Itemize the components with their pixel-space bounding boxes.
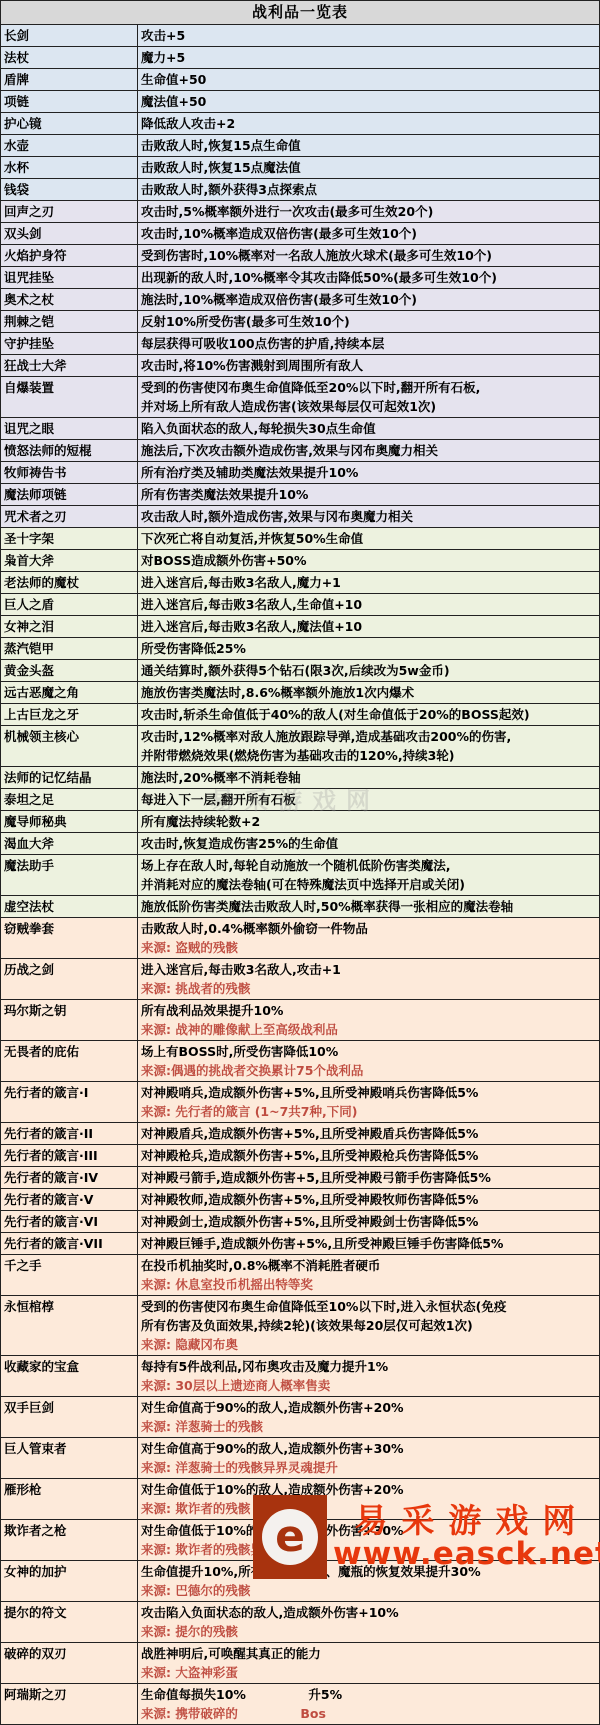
item-effect-line: 进入迷宫后,每击败3名敌人,魔法值+10 [141, 617, 596, 636]
item-source-line: 来源: 先行者的箴言 (1~7共7种,下同) [141, 1102, 596, 1121]
item-effect-cell: 击败敌人时,额外获得3点探索点 [138, 179, 599, 200]
table-row: 泰坦之足每进入下一层,翻开所有石板 [1, 789, 599, 811]
item-name: 渴血大斧 [1, 833, 138, 854]
item-effect-line: 进入迷宫后,每击败3名敌人,攻击+1 [141, 960, 596, 979]
item-effect-line: 击败敌人时,0.4%概率额外偷窃一件物品 [141, 919, 596, 938]
item-name: 先行者的箴言·IV [1, 1167, 138, 1188]
table-row: 咒术者之刃攻击敌人时,额外造成伤害,效果与冈布奥魔力相关 [1, 506, 599, 528]
item-effect-cell: 所有战利品效果提升10%来源: 战神的雕像献上至高级战利品 [138, 1000, 599, 1040]
item-effect-line: 对神殿巨锤手,造成额外伤害+5%,且所受神殿巨锤手伤害降低5% [141, 1234, 596, 1253]
item-source-line: 来源: 休息室投币机摇出特等奖 [141, 1275, 596, 1294]
item-effect-line: 生命值每损失10% 升5% [141, 1685, 596, 1704]
loot-table: 战利品一览表 长剑攻击+5法杖魔力+5盾牌生命值+50项链魔法值+50护心镜降低… [0, 0, 600, 1725]
table-row: 双头剑攻击时,10%概率造成双倍伤害(最多可生效10个) [1, 223, 599, 245]
item-effect-cell: 攻击时,恢复造成伤害25%的生命值 [138, 833, 599, 854]
item-name: 破碎的双刃 [1, 1643, 138, 1683]
table-row: 先行者的箴言·IV对神殿弓箭手,造成额外伤害+5,且所受神殿弓箭手伤害降低5% [1, 1167, 599, 1189]
item-effect-line: 所受伤害降低25% [141, 639, 596, 658]
table-row: 机械领主核心攻击时,12%概率对敌人施放跟踪导弹,造成基础攻击200%的伤害,并… [1, 726, 599, 767]
table-row: 雁形枪对生命值低于10%的敌人,造成额外伤害+20%来源: 欺诈者的残骸 [1, 1479, 599, 1520]
item-effect-line: 通关结算时,额外获得5个钻石(限3次,后续改为5w金币) [141, 661, 596, 680]
table-row: 愤怒法师的短棍施法后,下次攻击额外造成伤害,效果与冈布奥魔力相关 [1, 440, 599, 462]
item-name: 守护挂坠 [1, 333, 138, 354]
table-row: 双手巨剑对生命值高于90%的敌人,造成额外伤害+20%来源: 洋葱骑士的残骸 [1, 1397, 599, 1438]
item-name: 泰坦之足 [1, 789, 138, 810]
item-effect-cell: 进入迷宫后,每击败3名敌人,魔力+1 [138, 572, 599, 593]
item-effect-cell: 进入迷宫后,每击败3名敌人,魔法值+10 [138, 616, 599, 637]
table-row: 巨人管束者对生命值高于90%的敌人,造成额外伤害+30%来源: 洋葱骑士的残骸异… [1, 1438, 599, 1479]
item-source-line: 来源: 盗贼的残骸 [141, 938, 596, 957]
item-name: 魔法助手 [1, 855, 138, 895]
table-row: 先行者的箴言·I对神殿哨兵,造成额外伤害+5%,且所受神殿哨兵伤害降低5%来源:… [1, 1082, 599, 1123]
table-row: 千之手在投币机抽奖时,0.8%概率不消耗胜者硬币来源: 休息室投币机摇出特等奖 [1, 1255, 599, 1296]
table-row: 虚空法杖施放低阶伤害类魔法击败敌人时,50%概率获得一张相应的魔法卷轴 [1, 896, 599, 918]
table-row: 玛尔斯之钥所有战利品效果提升10%来源: 战神的雕像献上至高级战利品 [1, 1000, 599, 1041]
table-row: 永恒棺椁受到的伤害使冈布奥生命值降低至10%以下时,进入永恒状态(免疫所有伤害及… [1, 1296, 599, 1356]
item-name: 老法师的魔杖 [1, 572, 138, 593]
item-effect-line: 每层获得可吸收100点伤害的护盾,持续本层 [141, 334, 596, 353]
table-row: 先行者的箴言·V对神殿牧师,造成额外伤害+5%,且所受神殿牧师伤害降低5% [1, 1189, 599, 1211]
item-effect-cell: 攻击陷入负面状态的敌人,造成额外伤害+10%来源: 提尔的残骸 [138, 1602, 599, 1642]
item-effect-cell: 攻击时,5%概率额外进行一次攻击(最多可生效20个) [138, 201, 599, 222]
item-effect-cell: 生命值提升10%,所有道具、血瓶、魔瓶的恢复效果提升30%来源: 巴德尔的残骸 [138, 1561, 599, 1601]
table-row: 收藏家的宝盒每持有5件战利品,冈布奥攻击及魔力提升1%来源: 30层以上遗迹商人… [1, 1356, 599, 1397]
item-effect-cell: 对生命值低于10%的敌人,造成额外伤害+30%来源: 欺诈者的残骸异界灵魂提升 [138, 1520, 599, 1560]
item-name: 双头剑 [1, 223, 138, 244]
item-effect-cell: 每层获得可吸收100点伤害的护盾,持续本层 [138, 333, 599, 354]
table-row: 狂战士大斧攻击时,将10%伤害溅射到周围所有敌人 [1, 355, 599, 377]
item-effect-cell: 所有魔法持续轮数+2 [138, 811, 599, 832]
table-row: 破碎的双刃战胜神明后,可唤醒其真正的能力来源: 大盗神彩蛋 [1, 1643, 599, 1684]
item-effect-cell: 降低敌人攻击+2 [138, 113, 599, 134]
item-name: 荆棘之铠 [1, 311, 138, 332]
item-source-line: 来源: 30层以上遗迹商人概率售卖 [141, 1376, 596, 1395]
table-row: 女神之泪进入迷宫后,每击败3名敌人,魔法值+10 [1, 616, 599, 638]
table-row: 奥术之杖施法时,10%概率造成双倍伤害(最多可生效10个) [1, 289, 599, 311]
table-row: 欺诈者之枪对生命值低于10%的敌人,造成额外伤害+30%来源: 欺诈者的残骸异界… [1, 1520, 599, 1561]
item-effect-line: 生命值提升10%,所有道具、血瓶、魔瓶的恢复效果提升30% [141, 1562, 596, 1581]
item-name: 女神的加护 [1, 1561, 138, 1601]
item-effect-cell: 攻击时,10%概率造成双倍伤害(最多可生效10个) [138, 223, 599, 244]
item-effect-cell: 击败敌人时,恢复15点魔法值 [138, 157, 599, 178]
table-row: 钱袋击败敌人时,额外获得3点探索点 [1, 179, 599, 201]
item-effect-line: 生命值+50 [141, 70, 596, 89]
item-source-line: 来源: 欺诈者的残骸异界灵魂提升 [141, 1540, 596, 1559]
table-row: 火焰护身符受到伤害时,10%概率对一名敌人施放火球术(最多可生效10个) [1, 245, 599, 267]
item-effect-cell: 魔法值+50 [138, 91, 599, 112]
item-effect-cell: 对神殿弓箭手,造成额外伤害+5,且所受神殿弓箭手伤害降低5% [138, 1167, 599, 1188]
table-row: 牧师祷告书所有治疗类及辅助类魔法效果提升10% [1, 462, 599, 484]
item-effect-line: 对神殿哨兵,造成额外伤害+5%,且所受神殿哨兵伤害降低5% [141, 1083, 596, 1102]
item-effect-line: 击败敌人时,额外获得3点探索点 [141, 180, 596, 199]
table-row: 诅咒之眼陷入负面状态的敌人,每轮损失30点生命值 [1, 418, 599, 440]
item-name: 先行者的箴言·V [1, 1189, 138, 1210]
item-effect-cell: 施法后,下次攻击额外造成伤害,效果与冈布奥魔力相关 [138, 440, 599, 461]
table-row: 荆棘之铠反射10%所受伤害(最多可生效10个) [1, 311, 599, 333]
item-effect-line: 击败敌人时,恢复15点生命值 [141, 136, 596, 155]
table-row: 法杖魔力+5 [1, 47, 599, 69]
item-effect-line: 攻击时,恢复造成伤害25%的生命值 [141, 834, 596, 853]
table-row: 长剑攻击+5 [1, 25, 599, 47]
item-effect-cell: 反射10%所受伤害(最多可生效10个) [138, 311, 599, 332]
item-name: 咒术者之刃 [1, 506, 138, 527]
item-effect-cell: 生命值每损失10% 升5%来源: 携带破碎的 Bos [138, 1684, 599, 1724]
item-effect-line: 击败敌人时,恢复15点魔法值 [141, 158, 596, 177]
item-effect-line: 每持有5件战利品,冈布奥攻击及魔力提升1% [141, 1357, 596, 1376]
item-effect-cell: 攻击时,将10%伤害溅射到周围所有敌人 [138, 355, 599, 376]
item-effect-line: 陷入负面状态的敌人,每轮损失30点生命值 [141, 419, 596, 438]
item-effect-line: 攻击时,10%概率造成双倍伤害(最多可生效10个) [141, 224, 596, 243]
item-effect-line: 进入迷宫后,每击败3名敌人,魔力+1 [141, 573, 596, 592]
item-name: 先行者的箴言·VI [1, 1211, 138, 1232]
item-source-line: 来源: 洋葱骑士的残骸异界灵魂提升 [141, 1458, 596, 1477]
item-effect-cell: 对生命值高于90%的敌人,造成额外伤害+20%来源: 洋葱骑士的残骸 [138, 1397, 599, 1437]
item-effect-line: 战胜神明后,可唤醒其真正的能力 [141, 1644, 596, 1663]
item-source-line: 来源: 战神的雕像献上至高级战利品 [141, 1020, 596, 1039]
item-effect-line: 受到伤害时,10%概率对一名敌人施放火球术(最多可生效10个) [141, 246, 596, 265]
table-row: 先行者的箴言·VI对神殿剑士,造成额外伤害+5%,且所受神殿剑士伤害降低5% [1, 1211, 599, 1233]
item-name: 圣十字架 [1, 528, 138, 549]
item-name: 先行者的箴言·I [1, 1082, 138, 1122]
item-effect-cell: 对神殿哨兵,造成额外伤害+5%,且所受神殿哨兵伤害降低5%来源: 先行者的箴言 … [138, 1082, 599, 1122]
item-effect-cell: 施放低阶伤害类魔法击败敌人时,50%概率获得一张相应的魔法卷轴 [138, 896, 599, 917]
item-effect-cell: 攻击时,12%概率对敌人施放跟踪导弹,造成基础攻击200%的伤害,并附带燃烧效果… [138, 726, 599, 766]
table-row: 先行者的箴言·VII对神殿巨锤手,造成额外伤害+5%,且所受神殿巨锤手伤害降低5… [1, 1233, 599, 1255]
item-effect-line: 对神殿枪兵,造成额外伤害+5%,且所受神殿枪兵伤害降低5% [141, 1146, 596, 1165]
item-effect-cell: 攻击+5 [138, 25, 599, 46]
item-name: 黄金头盔 [1, 660, 138, 681]
item-effect-line: 场上存在敌人时,每轮自动施放一个随机低阶伤害类魔法, [141, 856, 596, 875]
item-effect-cell: 战胜神明后,可唤醒其真正的能力来源: 大盗神彩蛋 [138, 1643, 599, 1683]
item-name: 枭首大斧 [1, 550, 138, 571]
item-effect-cell: 每进入下一层,翻开所有石板 [138, 789, 599, 810]
item-effect-line: 所有伤害及负面效果,持续2轮)(该效果每20层仅可起效1次) [141, 1316, 596, 1335]
table-row: 诅咒挂坠出现新的敌人时,10%概率令其攻击降低50%(最多可生效10个) [1, 267, 599, 289]
table-row: 魔法师项链所有伤害类魔法效果提升10% [1, 484, 599, 506]
table-row: 盾牌生命值+50 [1, 69, 599, 91]
item-source-line: 来源:偶遇的挑战者交换累计75个战利品 [141, 1061, 596, 1080]
item-effect-cell: 所有治疗类及辅助类魔法效果提升10% [138, 462, 599, 483]
item-name: 法师的记忆结晶 [1, 767, 138, 788]
item-name: 回声之刃 [1, 201, 138, 222]
table-row: 蒸汽铠甲所受伤害降低25% [1, 638, 599, 660]
item-name: 雁形枪 [1, 1479, 138, 1519]
item-effect-cell: 击败敌人时,0.4%概率额外偷窃一件物品来源: 盗贼的残骸 [138, 918, 599, 958]
item-effect-line: 并对场上所有敌人造成伤害(该效果每层仅可起效1次) [141, 397, 596, 416]
item-source-line: 来源: 大盗神彩蛋 [141, 1663, 596, 1682]
item-effect-cell: 击败敌人时,恢复15点生命值 [138, 135, 599, 156]
item-source-line: 来源: 挑战者的残骸 [141, 979, 596, 998]
table-row: 项链魔法值+50 [1, 91, 599, 113]
item-effect-cell: 场上存在敌人时,每轮自动施放一个随机低阶伤害类魔法,并消耗对应的魔法卷轴(可在特… [138, 855, 599, 895]
item-effect-line: 对生命值低于10%的敌人,造成额外伤害+20% [141, 1480, 596, 1499]
item-name: 钱袋 [1, 179, 138, 200]
item-effect-line: 施放低阶伤害类魔法击败敌人时,50%概率获得一张相应的魔法卷轴 [141, 897, 596, 916]
table-row: 阿瑞斯之刃生命值每损失10% 升5%来源: 携带破碎的 Bos [1, 1684, 599, 1725]
item-effect-cell: 进入迷宫后,每击败3名敌人,攻击+1来源: 挑战者的残骸 [138, 959, 599, 999]
item-effect-line: 对神殿盾兵,造成额外伤害+5%,且所受神殿盾兵伤害降低5% [141, 1124, 596, 1143]
item-name: 女神之泪 [1, 616, 138, 637]
item-name: 提尔的符文 [1, 1602, 138, 1642]
item-effect-cell: 对神殿牧师,造成额外伤害+5%,且所受神殿牧师伤害降低5% [138, 1189, 599, 1210]
item-effect-line: 对BOSS造成额外伤害+50% [141, 551, 596, 570]
item-effect-line: 攻击+5 [141, 26, 596, 45]
item-name: 无畏者的庇佑 [1, 1041, 138, 1081]
item-effect-line: 魔力+5 [141, 48, 596, 67]
item-name: 机械领主核心 [1, 726, 138, 766]
item-source-line: 来源: 欺诈者的残骸 [141, 1499, 596, 1518]
table-row: 黄金头盔通关结算时,额外获得5个钻石(限3次,后续改为5w金币) [1, 660, 599, 682]
item-effect-line: 对生命值低于10%的敌人,造成额外伤害+30% [141, 1521, 596, 1540]
item-effect-line: 场上有BOSS时,所受伤害降低10% [141, 1042, 596, 1061]
item-name: 远古恶魔之角 [1, 682, 138, 703]
item-effect-line: 每进入下一层,翻开所有石板 [141, 790, 596, 809]
item-name: 先行者的箴言·II [1, 1123, 138, 1144]
item-effect-line: 反射10%所受伤害(最多可生效10个) [141, 312, 596, 331]
item-name: 火焰护身符 [1, 245, 138, 266]
item-effect-cell: 在投币机抽奖时,0.8%概率不消耗胜者硬币来源: 休息室投币机摇出特等奖 [138, 1255, 599, 1295]
item-effect-cell: 对神殿枪兵,造成额外伤害+5%,且所受神殿枪兵伤害降低5% [138, 1145, 599, 1166]
item-effect-cell: 每持有5件战利品,冈布奥攻击及魔力提升1%来源: 30层以上遗迹商人概率售卖 [138, 1356, 599, 1396]
item-name: 收藏家的宝盒 [1, 1356, 138, 1396]
item-effect-cell: 进入迷宫后,每击败3名敌人,生命值+10 [138, 594, 599, 615]
table-title: 战利品一览表 [1, 1, 599, 25]
item-source-line: 来源: 巴德尔的残骸 [141, 1581, 596, 1600]
item-name: 窃贼拳套 [1, 918, 138, 958]
item-name: 长剑 [1, 25, 138, 46]
item-name: 先行者的箴言·VII [1, 1233, 138, 1254]
item-effect-cell: 攻击时,斩杀生命值低于40%的敌人(对生命值低于20%的BOSS起效) [138, 704, 599, 725]
item-effect-line: 施法后,下次攻击额外造成伤害,效果与冈布奥魔力相关 [141, 441, 596, 460]
item-effect-cell: 对神殿盾兵,造成额外伤害+5%,且所受神殿盾兵伤害降低5% [138, 1123, 599, 1144]
item-name: 双手巨剑 [1, 1397, 138, 1437]
item-effect-line: 下次死亡将自动复活,并恢复50%生命值 [141, 529, 596, 548]
item-effect-line: 并附带燃烧效果(燃烧伤害为基础攻击的120%,持续3轮) [141, 746, 596, 765]
item-name: 欺诈者之枪 [1, 1520, 138, 1560]
table-row: 女神的加护生命值提升10%,所有道具、血瓶、魔瓶的恢复效果提升30%来源: 巴德… [1, 1561, 599, 1602]
item-name: 自爆装置 [1, 377, 138, 417]
table-row: 上古巨龙之牙攻击时,斩杀生命值低于40%的敌人(对生命值低于20%的BOSS起效… [1, 704, 599, 726]
item-name: 水杯 [1, 157, 138, 178]
item-effect-cell: 场上有BOSS时,所受伤害降低10%来源:偶遇的挑战者交换累计75个战利品 [138, 1041, 599, 1081]
item-effect-line: 所有魔法持续轮数+2 [141, 812, 596, 831]
item-name: 奥术之杖 [1, 289, 138, 310]
table-row: 护心镜降低敌人攻击+2 [1, 113, 599, 135]
item-name: 诅咒之眼 [1, 418, 138, 439]
table-row: 法师的记忆结晶施法时,20%概率不消耗卷轴 [1, 767, 599, 789]
item-name: 牧师祷告书 [1, 462, 138, 483]
item-name: 魔导师秘典 [1, 811, 138, 832]
item-effect-line: 所有战利品效果提升10% [141, 1001, 596, 1020]
item-effect-cell: 所有伤害类魔法效果提升10% [138, 484, 599, 505]
item-effect-cell: 施放伤害类魔法时,8.6%概率额外施放1次内爆术 [138, 682, 599, 703]
table-row: 远古恶魔之角施放伤害类魔法时,8.6%概率额外施放1次内爆术 [1, 682, 599, 704]
item-name: 历战之剑 [1, 959, 138, 999]
item-effect-cell: 攻击敌人时,额外造成伤害,效果与冈布奥魔力相关 [138, 506, 599, 527]
item-effect-cell: 通关结算时,额外获得5个钻石(限3次,后续改为5w金币) [138, 660, 599, 681]
item-effect-line: 攻击时,5%概率额外进行一次攻击(最多可生效20个) [141, 202, 596, 221]
table-row: 窃贼拳套击败敌人时,0.4%概率额外偷窃一件物品来源: 盗贼的残骸 [1, 918, 599, 959]
item-effect-cell: 下次死亡将自动复活,并恢复50%生命值 [138, 528, 599, 549]
table-row: 水杯击败敌人时,恢复15点魔法值 [1, 157, 599, 179]
item-name: 护心镜 [1, 113, 138, 134]
item-name: 永恒棺椁 [1, 1296, 138, 1355]
item-effect-cell: 受到的伤害使冈布奥生命值降低至10%以下时,进入永恒状态(免疫所有伤害及负面效果… [138, 1296, 599, 1355]
item-effect-line: 并消耗对应的魔法卷轴(可在特殊魔法页中选择开启或关闭) [141, 875, 596, 894]
item-name: 虚空法杖 [1, 896, 138, 917]
item-effect-cell: 施法时,10%概率造成双倍伤害(最多可生效10个) [138, 289, 599, 310]
item-name: 先行者的箴言·III [1, 1145, 138, 1166]
table-row: 枭首大斧对BOSS造成额外伤害+50% [1, 550, 599, 572]
table-row: 提尔的符文攻击陷入负面状态的敌人,造成额外伤害+10%来源: 提尔的残骸 [1, 1602, 599, 1643]
table-row: 渴血大斧攻击时,恢复造成伤害25%的生命值 [1, 833, 599, 855]
item-effect-line: 对神殿剑士,造成额外伤害+5%,且所受神殿剑士伤害降低5% [141, 1212, 596, 1231]
item-name: 诅咒挂坠 [1, 267, 138, 288]
item-effect-cell: 对生命值高于90%的敌人,造成额外伤害+30%来源: 洋葱骑士的残骸异界灵魂提升 [138, 1438, 599, 1478]
table-row: 历战之剑进入迷宫后,每击败3名敌人,攻击+1来源: 挑战者的残骸 [1, 959, 599, 1000]
item-name: 狂战士大斧 [1, 355, 138, 376]
item-name: 项链 [1, 91, 138, 112]
item-effect-line: 攻击陷入负面状态的敌人,造成额外伤害+10% [141, 1603, 596, 1622]
item-name: 阿瑞斯之刃 [1, 1684, 138, 1724]
table-row: 先行者的箴言·III对神殿枪兵,造成额外伤害+5%,且所受神殿枪兵伤害降低5% [1, 1145, 599, 1167]
item-effect-line: 施法时,10%概率造成双倍伤害(最多可生效10个) [141, 290, 596, 309]
item-effect-cell: 生命值+50 [138, 69, 599, 90]
table-row: 回声之刃攻击时,5%概率额外进行一次攻击(最多可生效20个) [1, 201, 599, 223]
table-row: 自爆装置受到的伤害使冈布奥生命值降低至20%以下时,翻开所有石板,并对场上所有敌… [1, 377, 599, 418]
item-name: 魔法师项链 [1, 484, 138, 505]
item-source-line: 来源: 携带破碎的 Bos [141, 1704, 596, 1723]
item-source-line: 来源: 提尔的残骸 [141, 1622, 596, 1641]
table-row: 水壶击败敌人时,恢复15点生命值 [1, 135, 599, 157]
item-effect-line: 魔法值+50 [141, 92, 596, 111]
item-name: 玛尔斯之钥 [1, 1000, 138, 1040]
item-effect-line: 施放伤害类魔法时,8.6%概率额外施放1次内爆术 [141, 683, 596, 702]
item-effect-line: 在投币机抽奖时,0.8%概率不消耗胜者硬币 [141, 1256, 596, 1275]
item-name: 蒸汽铠甲 [1, 638, 138, 659]
table-row: 魔法助手场上存在敌人时,每轮自动施放一个随机低阶伤害类魔法,并消耗对应的魔法卷轴… [1, 855, 599, 896]
item-effect-line: 对生命值高于90%的敌人,造成额外伤害+20% [141, 1398, 596, 1417]
item-effect-line: 攻击敌人时,额外造成伤害,效果与冈布奥魔力相关 [141, 507, 596, 526]
item-name: 愤怒法师的短棍 [1, 440, 138, 461]
item-effect-line: 施法时,20%概率不消耗卷轴 [141, 768, 596, 787]
item-name: 巨人之盾 [1, 594, 138, 615]
item-name: 水壶 [1, 135, 138, 156]
table-row: 圣十字架下次死亡将自动复活,并恢复50%生命值 [1, 528, 599, 550]
table-row: 无畏者的庇佑场上有BOSS时,所受伤害降低10%来源:偶遇的挑战者交换累计75个… [1, 1041, 599, 1082]
table-row: 先行者的箴言·II对神殿盾兵,造成额外伤害+5%,且所受神殿盾兵伤害降低5% [1, 1123, 599, 1145]
item-effect-cell: 对BOSS造成额外伤害+50% [138, 550, 599, 571]
item-effect-cell: 所受伤害降低25% [138, 638, 599, 659]
item-effect-line: 攻击时,12%概率对敌人施放跟踪导弹,造成基础攻击200%的伤害, [141, 727, 596, 746]
table-row: 守护挂坠每层获得可吸收100点伤害的护盾,持续本层 [1, 333, 599, 355]
item-name: 法杖 [1, 47, 138, 68]
item-effect-cell: 受到伤害时,10%概率对一名敌人施放火球术(最多可生效10个) [138, 245, 599, 266]
item-effect-cell: 受到的伤害使冈布奥生命值降低至20%以下时,翻开所有石板,并对场上所有敌人造成伤… [138, 377, 599, 417]
item-effect-line: 降低敌人攻击+2 [141, 114, 596, 133]
item-effect-cell: 魔力+5 [138, 47, 599, 68]
item-source-line: 来源: 隐藏冈布奥 [141, 1335, 596, 1354]
item-effect-line: 攻击时,斩杀生命值低于40%的敌人(对生命值低于20%的BOSS起效) [141, 705, 596, 724]
item-effect-cell: 对神殿剑士,造成额外伤害+5%,且所受神殿剑士伤害降低5% [138, 1211, 599, 1232]
item-effect-line: 对神殿牧师,造成额外伤害+5%,且所受神殿牧师伤害降低5% [141, 1190, 596, 1209]
item-effect-line: 受到的伤害使冈布奥生命值降低至10%以下时,进入永恒状态(免疫 [141, 1297, 596, 1316]
item-effect-line: 出现新的敌人时,10%概率令其攻击降低50%(最多可生效10个) [141, 268, 596, 287]
item-name: 上古巨龙之牙 [1, 704, 138, 725]
item-effect-line: 所有伤害类魔法效果提升10% [141, 485, 596, 504]
item-effect-cell: 陷入负面状态的敌人,每轮损失30点生命值 [138, 418, 599, 439]
loot-rows: 长剑攻击+5法杖魔力+5盾牌生命值+50项链魔法值+50护心镜降低敌人攻击+2水… [1, 25, 599, 1725]
item-effect-line: 对生命值高于90%的敌人,造成额外伤害+30% [141, 1439, 596, 1458]
item-effect-line: 所有治疗类及辅助类魔法效果提升10% [141, 463, 596, 482]
item-name: 盾牌 [1, 69, 138, 90]
item-source-line: 来源: 洋葱骑士的残骸 [141, 1417, 596, 1436]
item-effect-line: 受到的伤害使冈布奥生命值降低至20%以下时,翻开所有石板, [141, 378, 596, 397]
item-effect-cell: 出现新的敌人时,10%概率令其攻击降低50%(最多可生效10个) [138, 267, 599, 288]
table-row: 魔导师秘典所有魔法持续轮数+2 [1, 811, 599, 833]
item-effect-cell: 施法时,20%概率不消耗卷轴 [138, 767, 599, 788]
item-effect-cell: 对生命值低于10%的敌人,造成额外伤害+20%来源: 欺诈者的残骸 [138, 1479, 599, 1519]
item-effect-line: 对神殿弓箭手,造成额外伤害+5,且所受神殿弓箭手伤害降低5% [141, 1168, 596, 1187]
table-row: 老法师的魔杖进入迷宫后,每击败3名敌人,魔力+1 [1, 572, 599, 594]
item-name: 巨人管束者 [1, 1438, 138, 1478]
item-effect-line: 进入迷宫后,每击败3名敌人,生命值+10 [141, 595, 596, 614]
table-row: 巨人之盾进入迷宫后,每击败3名敌人,生命值+10 [1, 594, 599, 616]
item-effect-cell: 对神殿巨锤手,造成额外伤害+5%,且所受神殿巨锤手伤害降低5% [138, 1233, 599, 1254]
item-effect-line: 攻击时,将10%伤害溅射到周围所有敌人 [141, 356, 596, 375]
item-name: 千之手 [1, 1255, 138, 1295]
